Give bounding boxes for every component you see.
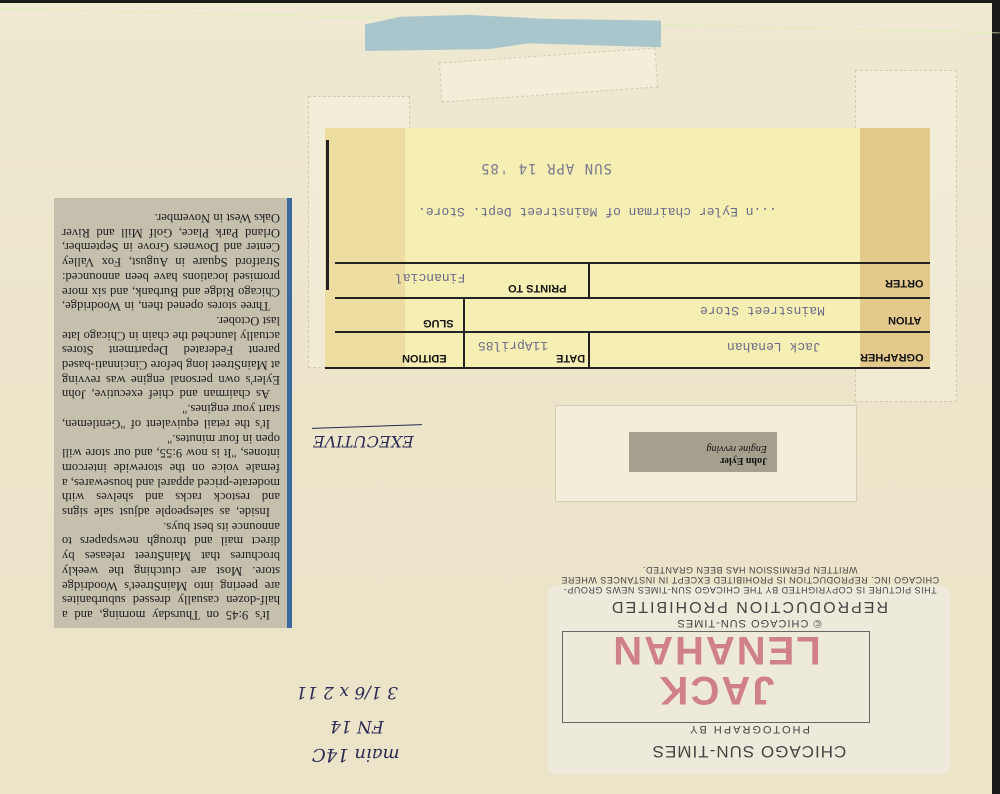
- prints-to-value: Financial: [395, 270, 465, 285]
- stamp-fine-print: THIS PICTURE IS COPYRIGHTED BY THE CHICA…: [560, 565, 940, 595]
- clipping-blue-edge: [287, 198, 292, 628]
- stamp-name-box: JACK LENAHAN: [562, 631, 870, 723]
- handwritten-size: 3 1/6 x 2 11: [296, 682, 398, 702]
- handwritten-category: EXECUTIVE: [313, 432, 414, 451]
- form-divider: [588, 331, 590, 367]
- clipping-text: It's 9:45 on Thursday morning, and a hal…: [54, 198, 288, 628]
- label-prints-to: PRINTS TO: [508, 282, 566, 294]
- clipping-paragraph: It's 9:45 on Thursday morning, and a hal…: [62, 519, 280, 622]
- stamp-content: CHICAGO SUN-TIMES PHOTOGRAPH BY JACK LEN…: [548, 585, 950, 775]
- caption-text: ...n Eyler chairman of Mainstreet Dept. …: [418, 204, 777, 219]
- form-rule: [335, 262, 930, 264]
- date-stamp: SUN APR 14 '85: [480, 160, 612, 176]
- stamp-copyright: © CHICAGO SUN-TIMES: [548, 617, 950, 629]
- handwritten-fn: FN 14: [330, 716, 384, 736]
- label-edition: EDITION: [402, 352, 447, 364]
- newspaper-clipping: It's 9:45 on Thursday morning, and a hal…: [54, 198, 288, 628]
- stamp-reproduction: REPRODUCTION PROHIBITED: [548, 597, 950, 615]
- location-value: Mainstreet Store: [700, 303, 825, 318]
- slip-text: John Eyler Engine revving: [629, 432, 777, 472]
- slip-subtitle: Engine revving: [629, 442, 767, 454]
- form-rule: [325, 367, 930, 369]
- label-reporter: ORTER: [885, 277, 924, 289]
- stamp-last-name: LENAHAN: [563, 627, 869, 672]
- caption-slip: John Eyler Engine revving: [629, 432, 777, 472]
- photographer-value: Jack Lenahan: [727, 339, 821, 354]
- clipping-paragraph: Inside, as salespeople adjust sale signs…: [62, 431, 280, 519]
- form-border: [326, 140, 329, 290]
- form-divider: [588, 262, 590, 297]
- clipping-paragraph: Three stores opened then, in Woodridge, …: [62, 210, 280, 313]
- clipping-paragraph: It's the retail equivalent of "Gentlemen…: [62, 401, 280, 430]
- handwritten-main: main 14C: [312, 744, 400, 765]
- form-rule: [335, 331, 930, 333]
- stamp-by: PHOTOGRAPH BY: [548, 723, 950, 735]
- label-location: ATION: [888, 314, 921, 326]
- label-date: DATE: [556, 352, 585, 364]
- stamp-title: CHICAGO SUN-TIMES: [548, 741, 950, 761]
- clipping-paragraph: As chairman and chief executive, John Ey…: [62, 313, 280, 401]
- stamp-first-name: JACK: [563, 667, 869, 712]
- form-divider: [463, 297, 465, 367]
- form-rule: [335, 297, 930, 299]
- date-value: 11April85: [478, 338, 548, 353]
- slip-name: John Eyler: [629, 454, 767, 466]
- label-slug: SLUG: [423, 317, 454, 329]
- label-photographer: OGRAPHER: [860, 351, 924, 363]
- credit-stamp: CHICAGO SUN-TIMES PHOTOGRAPH BY JACK LEN…: [548, 585, 950, 775]
